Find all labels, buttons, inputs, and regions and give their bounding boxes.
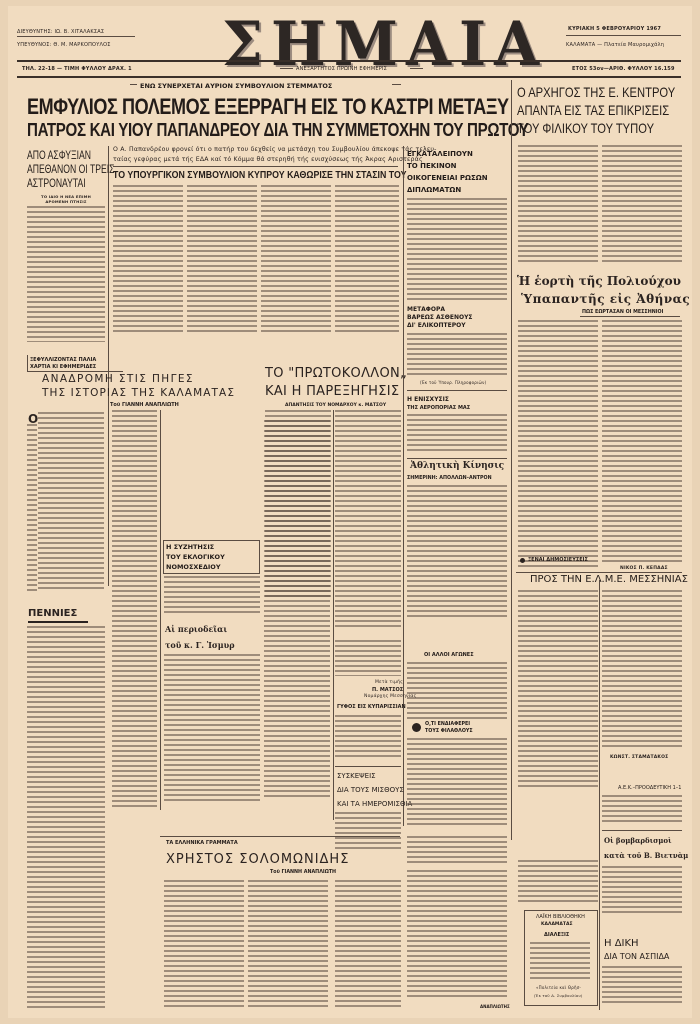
library-headline-1: ΛΑΪΚΗ ΒΙΒΛΙΟΘΗΚΗ [536,914,585,920]
protocol-headline-1: ΤΟ "ΠΡΩΤΟΚΟΛΛΟΝ„ [265,366,407,381]
lit-byline: Τοῦ ΓΙΑΝΝΗ ΑΝΑΠΛΙΩΤΗ [270,870,336,875]
public-notice-kicker: ΞΕΝΑΙ ΔΗΜΟΣΙΕΥΣΕΙΣ [528,557,588,563]
fans-headline-1: Ο,ΤΙ ΕΝΔΙΑΦΕΡΕΙ [425,722,470,727]
tour-headline-1: Αἱ περιοδεῖαι [165,624,227,634]
reader-signature: ΑΝΑΠΛΙΩΤΗΣ [480,1004,510,1009]
bombing-headline-2: κατὰ τοῦ Β. Βιετνὰμ [604,851,688,860]
heli-credit: (Ἐκ τοῦ Ὑπουρ. Πληροφοριῶν) [420,380,486,385]
leader-headline-2: ΑΠΑΝΤΑ ΕΙΣ ΤΑΣ ΕΠΙΚΡΙΣΕΙΣ [517,102,669,118]
airforce-headline-1: Η ΕΝΙΣΧΥΣΙΣ [407,396,449,403]
responsible-credit: ΥΠΕΥΘΥΝΟΣ: Θ. Μ. ΜΑΡΚΟΠΟΥΛΟΣ [17,42,111,48]
election-headline-2: ΤΟΥ ΕΚΛΟΓΙΚΟΥ [166,553,225,561]
letter-signature-2: ΚΩΝΣΤ. ΣΤΑΜΑΤΑΚΟΣ [610,755,668,760]
signoff-2: Π. ΜΑΤΣΟΣ [372,687,403,693]
wages-headline-1: ΣΥΣΚΕΨΕΙΣ [337,772,376,780]
airforce-headline-2: ΤΗΣ ΑΕΡΟΠΟΡΙΑΣ ΜΑΣ [407,405,470,411]
tagline: ΑΝΕΞΑΡΤΗΤΟΣ ΠΡΩΙΝΗ ΕΦΗΜΕΡΙΣ [296,66,387,72]
bullet-icon [520,558,525,563]
trial-headline-2: ΔΙΑ ΤΟΝ ΑΣΠΙΔΑ [604,952,669,961]
lit-title: ΧΡΗΣΤΟΣ ΣΟΛΟΜΩΝΙΔΗΣ [166,852,349,867]
leader-headline-3: ΤΟΥ ΦΙΛΙΚΟΥ ΤΟΥ ΤΥΠΟΥ [517,120,654,136]
lead-headline-1: ΕΜΦΥΛΙΟΣ ΠΟΛΕΜΟΣ ΕΞΕΡΡΑΓΗ ΕΙΣ ΤΟ ΚΑΣΤΡΙ … [27,94,509,120]
phone-price: ΤΗΛ. 22-18 — ΤΙΜΗ ΦΥΛΛΟΥ ΔΡΑΧ. 1 [22,66,132,72]
library-line-5: (Ἐκ τοῦ Δ. Συμβουλίου) [534,993,583,998]
astronauts-headline-3: ΑΣΤΡΟΝΑΥΤΑΙ [27,178,86,190]
issue-number: ΕΤΟΣ 53ον—ΑΡΙΘ. ΦΥΛΛΟΥ 16.159 [572,66,675,72]
lead-kicker: ΕΝΩ ΣΥΝΕΡΧΕΤΑΙ ΑΥΡΙΟΝ ΣΥΜΒΟΥΛΙΟΝ ΣΤΕΜΜΑΤ… [140,82,332,90]
wages-headline-3: ΚΑΙ ΤΑ ΗΜΕΡΟΜΙΣΘΙΑ [337,800,412,808]
aek-headline: Α.Ε.Κ.–ΠΡΟΟΔΕΥΤΙΚΗ 1–1 [618,785,681,791]
bombing-headline-1: Οἱ βομβαρδισμοὶ [604,836,671,845]
signoff-1: Μετὰ τιμῆς [375,680,403,685]
astronauts-headline-2: ΑΠΕΘΑΝΟΝ ΟΙ ΤΡΕΙΣ [27,164,114,176]
astronauts-headline-1: ΑΠΟ ΑΣΦΥΞΙΑΝ [27,150,91,162]
kyparissia-headline: ΓΥΦΟΣ ΕΙΣ ΚΥΠΑΡΙΣΣΙΑΝ [337,704,406,710]
lead-deck-1: Ο Α. Παπανδρέου φρονεί ότι ο πατήρ του δ… [113,146,437,153]
pennies-headline: ΠΕΝΝΙΕΣ [28,608,77,619]
peking-headline-3: ΟΙΚΟΓΕΝΕΙΑΙ ΡΩΣΩΝ [407,174,488,182]
feast-subhead: ΠΩΣ ΕΩΡΤΑΣΑΝ ΟΙ ΜΕΣΣΗΝΙΟΙ [582,310,663,315]
protocol-headline-2: ΚΑΙ Η ΠΑΡΕΞΗΓΗΣΙΣ [265,384,399,399]
elme-headline: ΠΡΟΣ ΤΗΝ Ε.Λ.Μ.Ε. ΜΕΣΣΗΝΙΑΣ [530,574,688,585]
history-headline-1: ΑΝΑΔΡΟΜΗ ΣΤΙΣ ΠΗΓΕΣ [42,373,194,385]
papers-kicker-2: ΧΑΡΤΙΑ ΚΙ ΕΦΗΜΕΡΙΔΕΣ [30,364,96,370]
leader-headline-1: Ο ΑΡΧΗΓΟΣ ΤΗΣ Ε. ΚΕΝΤΡΟΥ [517,84,675,100]
papers-kicker-1: ΞΕΦΥΛΛΙΖΟΝΤΑΣ ΠΑΛΙΑ [30,357,96,363]
sports-headline: Ἀθλητικὴ Κίνησις [410,461,504,471]
library-headline-3: ΔΙΑΛΕΞΙΣ [544,932,569,938]
election-headline-1: Η ΣΥΖΗΤΗΣΙΣ [166,543,214,551]
history-byline: Τοῦ ΓΙΑΝΝΗ ΑΝΑΠΛΙΩΤΗ [110,402,179,408]
wages-headline-2: ΔΙΑ ΤΟΥΣ ΜΙΣΘΟΥΣ [337,786,404,794]
feast-headline-2: Ὑπαπαντῆς εἰς Ἀθήνας [521,292,690,306]
letter-signature: ΝΙΚΟΣ Π. ΚΕΠΑΑΣ [620,566,668,571]
peking-headline-1: ΕΓΚΑΤΑΛΕΙΠΟΥΝ [407,150,473,158]
peking-headline-4: ΔΙΠΛΩΜΑΤΩΝ [407,186,461,194]
heli-headline-3: ΔΙ' ΕΛΙΚΟΠΤΕΡΟΥ [407,322,466,329]
tour-headline-2: τοῦ κ. Γ. Ἰσμυρ [165,640,235,650]
lead-headline-2: ΠΑΤΡΟΣ ΚΑΙ ΥΙΟΥ ΠΑΠΑΝΔΡΕΟΥ ΔΙΑ ΤΗΝ ΣΥΜΜΕ… [27,120,529,141]
astronauts-subhead: ΤΟ ΙΔΙΟ Η ΝΕΑ ΕΠΙΜΗ ΔΡΟΜΕΝΗ ΠΤΗΣΙΣ [36,194,96,204]
football-icon [412,723,421,732]
issue-date: ΚΥΡΙΑΚΗ 5 ΦΕΒΡΟΥΑΡΙΟΥ 1967 [568,26,661,32]
peking-headline-2: ΤΟ ΠΕΚΙΝΟΝ [407,162,457,170]
cyprus-headline: ΤΟ ΥΠΟΥΡΓΙΚΟΝ ΣΥΜΒΟΥΛΙΟΝ ΚΥΠΡΟΥ ΚΑΘΩΡΙΣΕ… [113,170,406,181]
election-headline-3: ΝΟΜΟΣΧΕΔΙΟΥ [166,563,221,571]
library-line-4: «Πολιτεία καὶ Θρῆσ- [536,985,581,990]
heli-headline-2: ΒΑΡΕΩΣ ΑΣΘΕΝΟΥΣ [407,314,473,321]
protocol-subhead: ΑΠΑΝΤΗΣΙΣ ΤΟΥ ΝΟΜΑΡΧΟΥ κ. ΜΑΤΣΟΥ [285,403,386,408]
trial-headline-1: Η ΔΙΚΗ [604,938,639,949]
lit-kicker: ΤΑ ΕΛΛΗΝΙΚΑ ΓΡΑΜΜΑΤΑ [166,840,238,846]
sports-subhead: ΣΗΜΕΡΙΝΗ: ΑΠΟΛΛΩΝ–ΑΝΤΡΟΝ [407,476,492,481]
heli-headline-1: ΜΕΤΑΦΟΡΑ [407,306,445,313]
location: ΚΑΛΑΜΑΤΑ — Πλατεία Μαυρομιχάλη [566,42,664,48]
feast-headline-1: Ἡ ἑορτὴ τῆς Πολιούχου [517,274,681,288]
fans-headline-2: ΤΟΥΣ ΦΙΛΑΘΛΟΥΣ [425,729,473,734]
history-headline-2: ΤΗΣ ΙΣΤΟΡΙΑΣ ΤΗΣ ΚΑΛΑΜΑΤΑΣ [42,387,235,399]
other-games-headline: ΟΙ ΑΛΛΟΙ ΑΓΩΝΕΣ [424,652,474,658]
director-credit: ΔΙΕΥΘΥΝΤΗΣ: ΙΩ. Β. ΧΙΤΑΛΑΚΣΑΣ [17,29,104,35]
lead-deck-2: ταίας γεφύρας μετά τής ΕΔΑ καί τό Κόμμα … [113,156,423,163]
library-headline-2: ΚΑΛΑΜΑΤΑΣ [541,922,573,927]
